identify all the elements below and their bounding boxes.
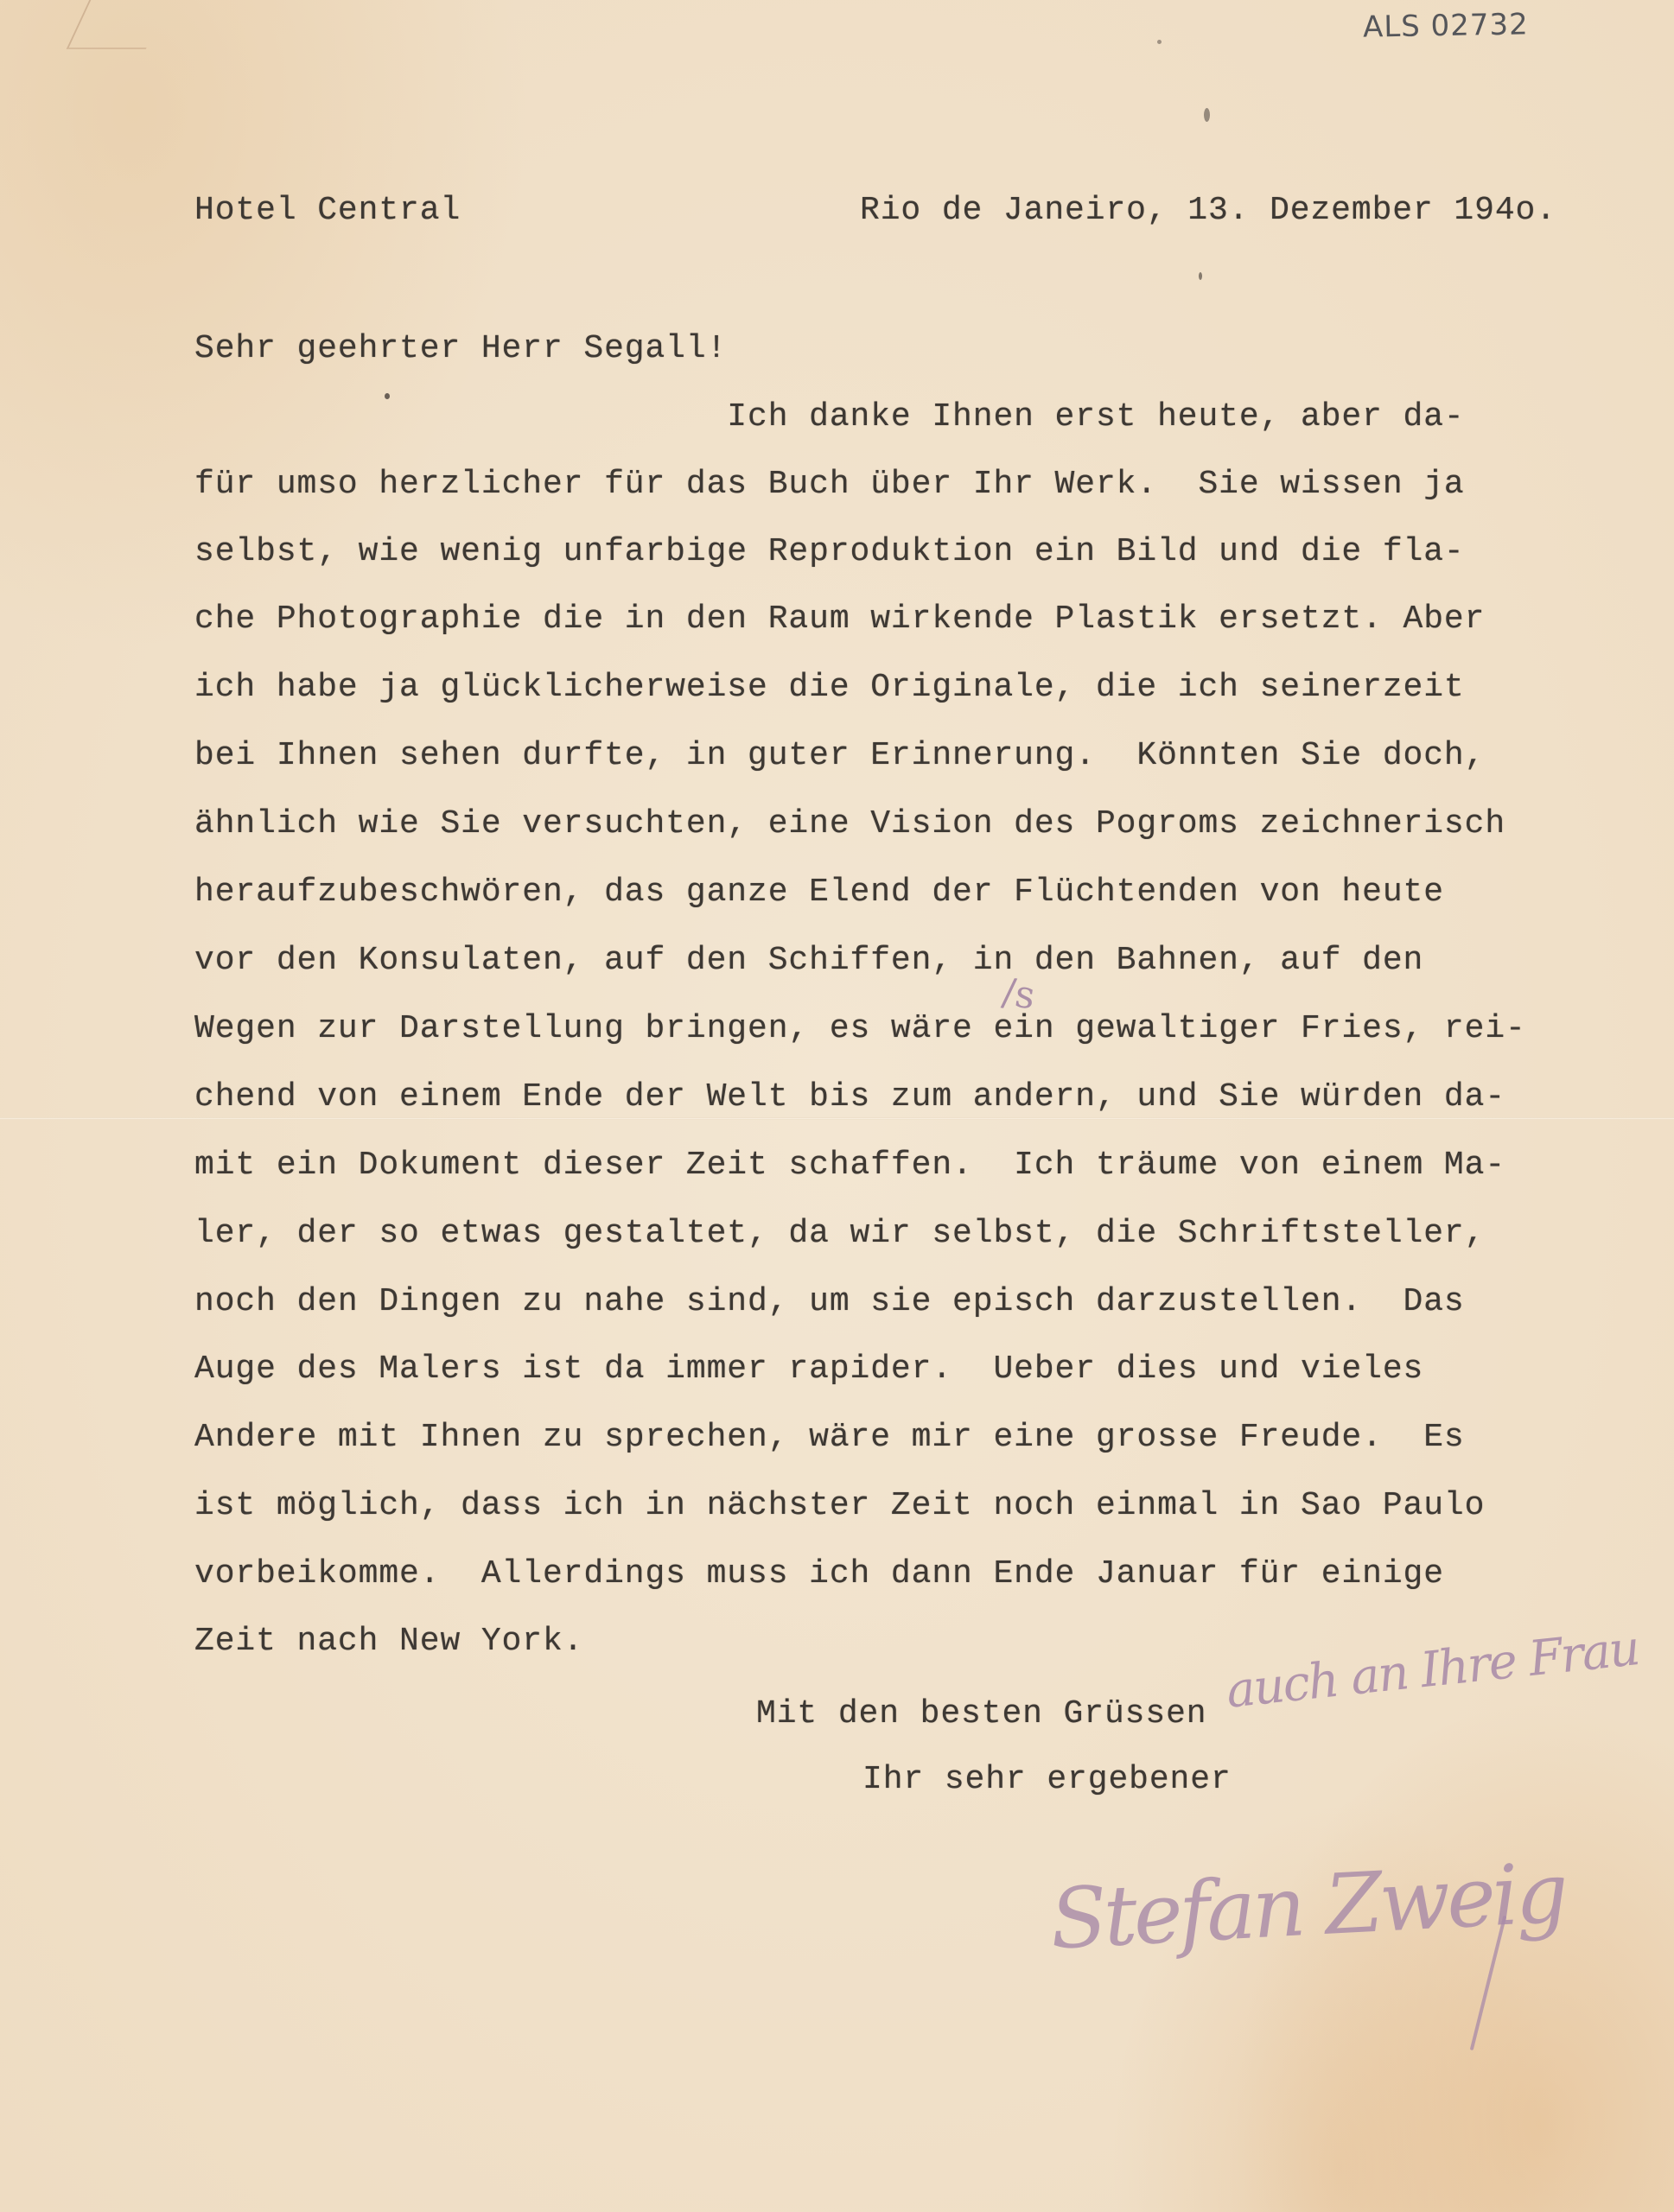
salutation: Sehr geehrter Herr Segall! [194, 332, 727, 366]
body-line: ich habe ja glücklicherweise die Origina… [194, 671, 1465, 705]
sender-location: Hotel Central [194, 194, 461, 228]
body-line: heraufzubeschwören, das ganze Elend der … [194, 875, 1444, 910]
body-line: Wegen zur Darstellung bringen, es wäre e… [194, 1012, 1526, 1046]
body-line: Andere mit Ihnen zu sprechen, wäre mir e… [194, 1421, 1465, 1455]
body-line: Ich danke Ihnen erst heute, aber da- [194, 400, 1465, 435]
signature: Stefan Zweig [1047, 1844, 1567, 1967]
body-line: vor den Konsulaten, auf den Schiffen, in… [194, 944, 1423, 978]
body-line: chend von einem Ende der Welt bis zum an… [194, 1080, 1505, 1115]
place-and-date: Rio de Janeiro, 13. Dezember 194o. [860, 194, 1556, 228]
body-line: Auge des Malers ist da immer rapider. Ue… [194, 1352, 1423, 1387]
archive-id-pencil-note: ALS 02732 [1363, 7, 1529, 44]
handwritten-postscript: auch an Ihre Frau [1224, 1620, 1641, 1719]
paper-fold-crease [0, 1117, 1674, 1120]
body-line: ähnlich wie Sie versuchten, eine Vision … [194, 807, 1505, 842]
body-line: mit ein Dokument dieser Zeit schaffen. I… [194, 1148, 1505, 1183]
closing-greeting: Mit den besten Grüssen [756, 1697, 1206, 1732]
body-line: ler, der so etwas gestaltet, da wir selb… [194, 1217, 1485, 1251]
body-line: für umso herzlicher für das Buch über Ih… [194, 467, 1465, 502]
body-line: che Photographie die in den Raum wirkend… [194, 602, 1485, 637]
body-line: Zeit nach New York. [194, 1624, 583, 1659]
ink-speck [1204, 108, 1210, 122]
ink-speck [385, 393, 390, 399]
body-line: ist möglich, dass ich in nächster Zeit n… [194, 1489, 1485, 1523]
paper-corner-tear [67, 0, 169, 49]
body-line: noch den Dingen zu nahe sind, um sie epi… [194, 1285, 1465, 1319]
body-line: selbst, wie wenig unfarbige Reproduktion… [194, 535, 1465, 569]
handwritten-correction-mark: /s [1000, 970, 1038, 1019]
ink-speck [1199, 272, 1202, 280]
body-line: bei Ihnen sehen durfte, in guter Erinner… [194, 739, 1485, 773]
ink-speck [1157, 40, 1162, 44]
body-line: vorbeikomme. Allerdings muss ich dann En… [194, 1557, 1444, 1592]
complimentary-close: Ihr sehr ergebener [862, 1763, 1232, 1797]
